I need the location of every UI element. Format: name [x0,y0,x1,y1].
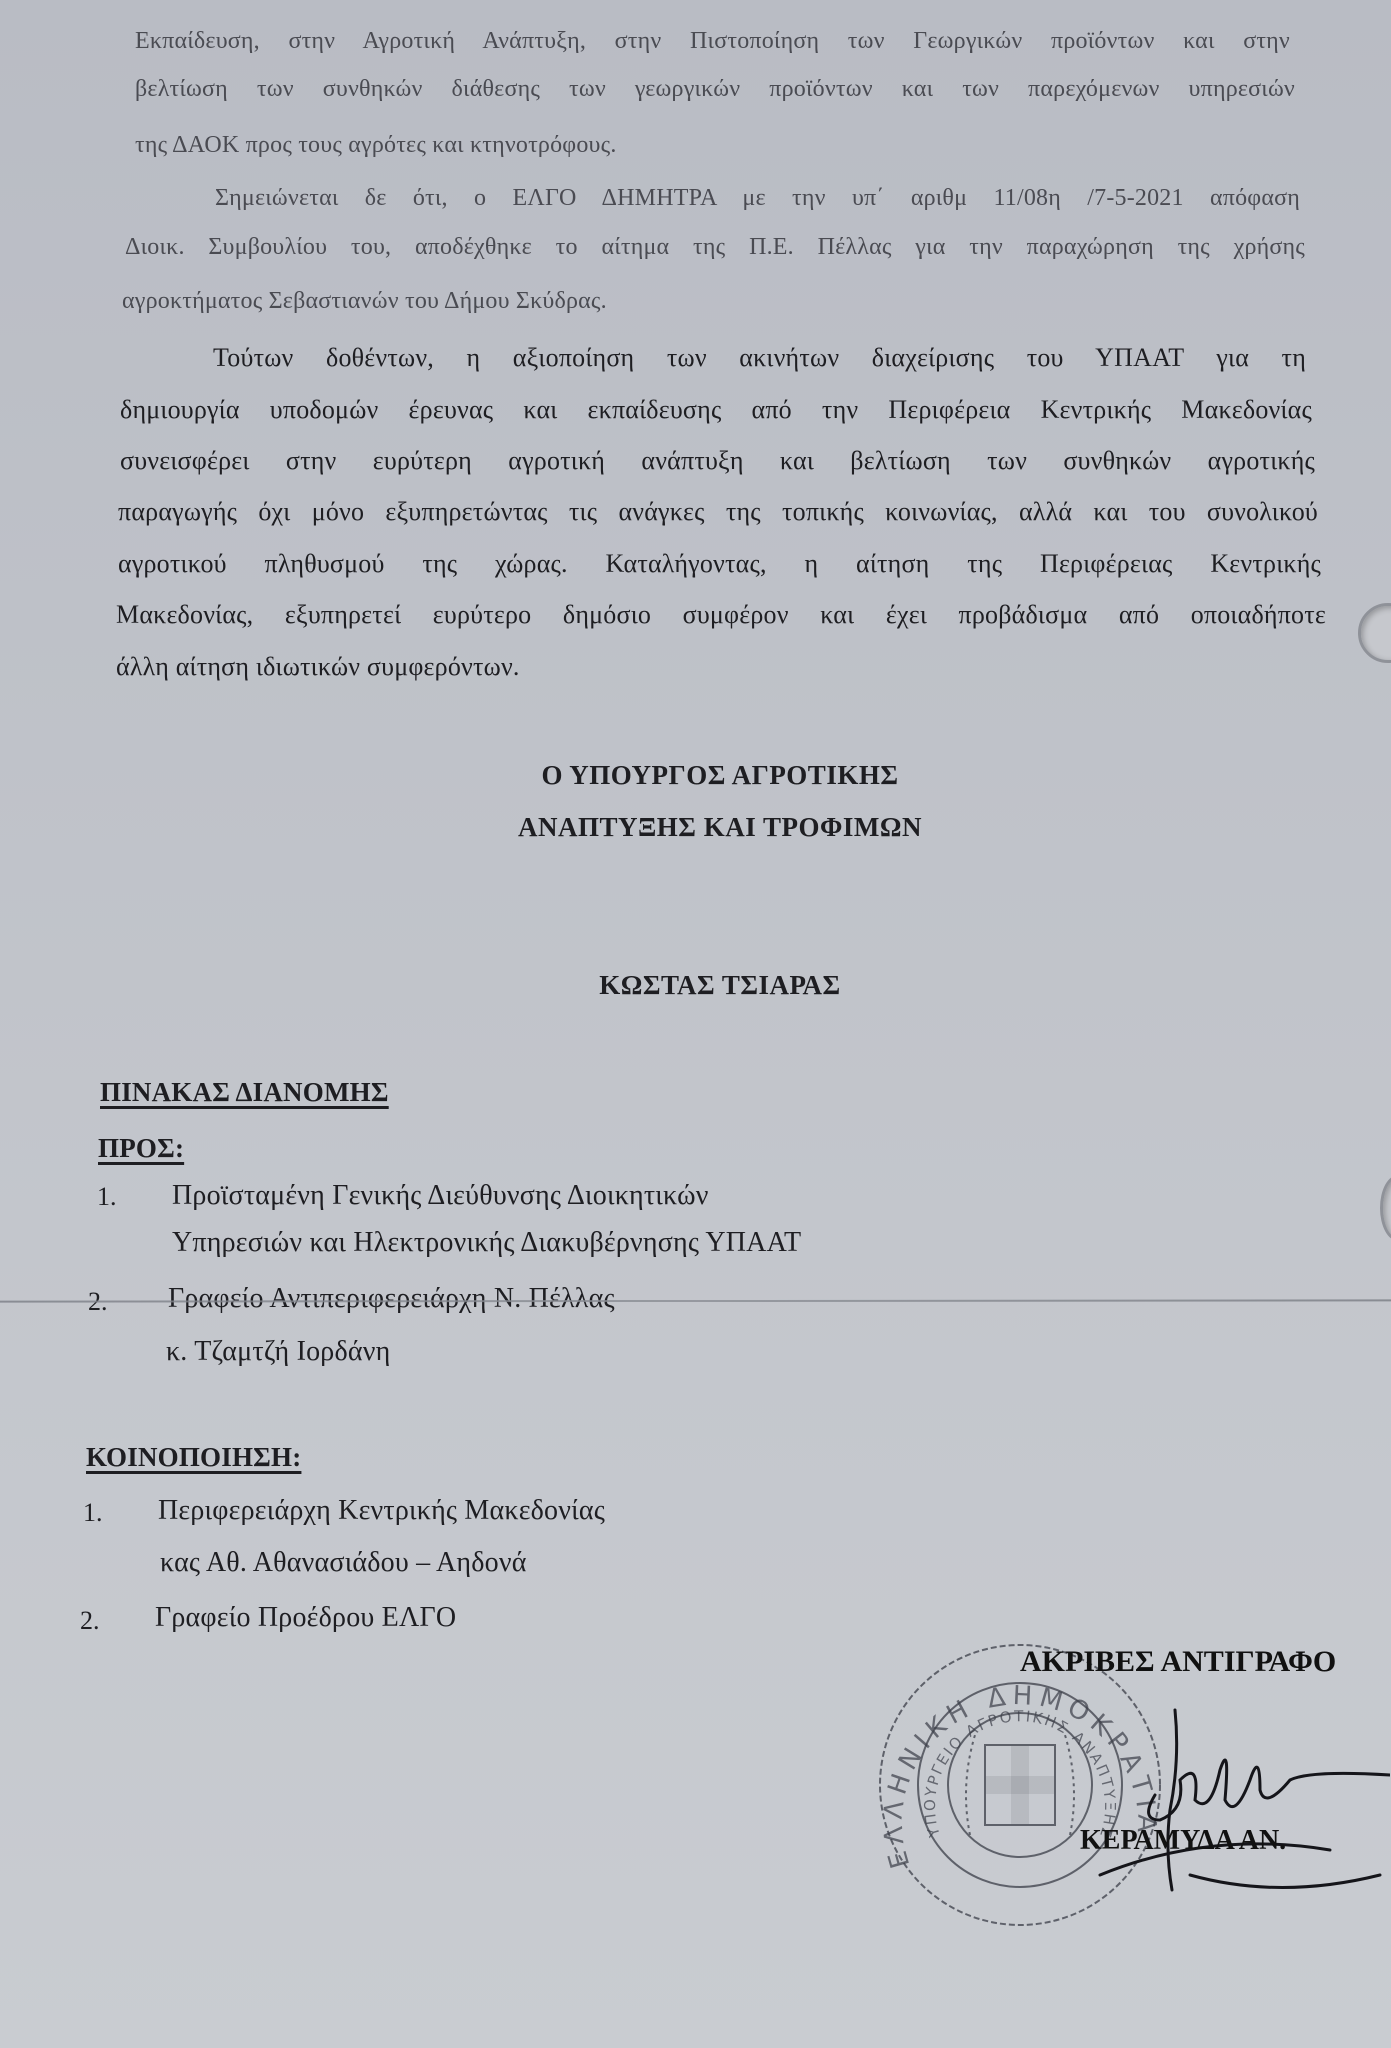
top-paragraph-line-1: Εκπαίδευση, στην Αγροτική Ανάπτυξη, στην… [135,28,1290,55]
handwritten-signature [1060,1700,1390,1900]
to-label: ΠΡΟΣ: [98,1133,184,1164]
to-item-1-line-2: Υπηρεσιών και Ηλεκτρονικής Διακυβέρνησης… [172,1227,801,1259]
paragraph-2-line-3: αγροκτήματος Σεβαστιανών του Δήμου Σκύδρ… [122,288,607,315]
cc-item-2-number: 2. [80,1606,100,1636]
paragraph-3-line-7: άλλη αίτηση ιδιωτικών συμφερόντων. [116,652,520,682]
cc-item-1-line-1: Περιφερειάρχη Κεντρικής Μακεδονίας [158,1495,605,1527]
paragraph-3-line-4: παραγωγής όχι μόνο εξυπηρετώντας τις ανά… [118,497,1318,527]
to-item-2-line-1: Γραφείο Αντιπεριφερειάρχη Ν. Πέλλας [168,1283,615,1315]
paragraph-3-line-6: Μακεδονίας, εξυπηρετεί ευρύτερο δημόσιο … [116,600,1326,630]
paragraph-3-line-5: αγροτικού πληθυσμού της χώρας. Καταλήγον… [118,549,1321,579]
paragraph-3-line-2: δημιουργία υποδομών έρευνας και εκπαίδευ… [120,395,1312,425]
paragraph-2-line-1: Σημειώνεται δε ότι, ο ΕΛΓΟ ΔΗΜΗΤΡΑ με τη… [215,185,1300,212]
cc-item-2-line-1: Γραφείο Προέδρου ΕΛΓΟ [155,1602,456,1634]
cc-item-1-number: 1. [83,1498,103,1528]
certifier-name: ΚΕΡΑΜΥΔΑ ΑΝ. [1080,1825,1286,1857]
cc-label: ΚΟΙΝΟΠΟΙΗΣΗ: [86,1442,301,1473]
to-item-1-number: 1. [97,1182,117,1212]
paragraph-3-line-3: συνεισφέρει στην ευρύτερη αγροτική ανάπτ… [120,446,1315,476]
to-item-1-line-1: Προϊσταμένη Γενικής Διεύθυνσης Διοικητικ… [172,1180,709,1212]
document-page: Εκπαίδευση, στην Αγροτική Ανάπτυξη, στην… [0,0,1391,2048]
paragraph-3-line-1: Τούτων δοθέντων, η αξιοποίηση των ακινήτ… [213,343,1306,373]
distribution-heading: ΠΙΝΑΚΑΣ ΔΙΑΝΟΜΗΣ [100,1077,389,1108]
top-paragraph-line-2: βελτίωση των συνθηκών διάθεσης των γεωργ… [135,76,1295,103]
paragraph-2-line-2: Διοικ. Συμβουλίου του, αποδέχθηκε το αίτ… [125,234,1305,261]
to-item-2-line-2: κ. Τζαμτζή Ιορδάνη [166,1336,390,1368]
minister-title-line-1: Ο ΥΠΟΥΡΓΟΣ ΑΓΡΟΤΙΚΗΣ [470,760,970,791]
minister-name: ΚΩΣΤΑΣ ΤΣΙΑΡΑΣ [470,970,970,1001]
punch-hole-lower [1380,1175,1391,1241]
punch-hole [1358,603,1391,663]
cc-item-1-line-2: κας Αθ. Αθανασιάδου – Αηδονά [160,1547,527,1579]
paper-fold-line [0,1299,1391,1302]
top-paragraph-line-3: της ΔΑΟΚ προς τους αγρότες και κτηνοτρόφ… [135,132,617,159]
minister-title-line-2: ΑΝΑΠΤΥΞΗΣ ΚΑΙ ΤΡΟΦΙΜΩΝ [470,812,970,843]
certified-copy-label: ΑΚΡΙΒΕΣ ΑΝΤΙΓΡΑΦΟ [1020,1645,1336,1679]
